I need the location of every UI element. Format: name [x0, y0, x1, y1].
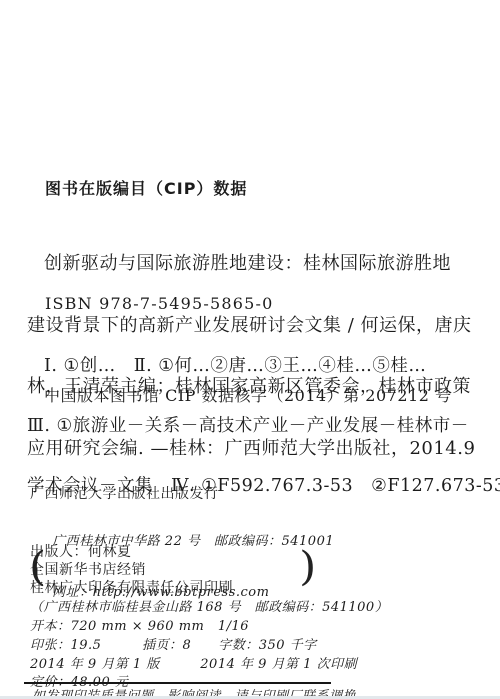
cip-record-number: 中国版本图书馆 CIP 数据核字（2014）第 207212 号 [44, 383, 451, 406]
distribution-line: 全国新华书店经销 [30, 559, 146, 579]
footer-divider [24, 682, 331, 684]
format-line: 开本：720 mm × 960 mm 1/16 [30, 615, 249, 634]
printer-address-line: （广西桂林市临桂县金山路 168 号 邮政编码：541100） [30, 596, 388, 615]
cip-index-line-2: Ⅲ. ①旅游业－关系－高技术产业－产业发展－桂林市－ [27, 416, 500, 436]
chief-editor-line: 出版人：何林夏 [30, 541, 132, 561]
edition-line: 2014 年 9 月第 1 版 2014 年 9 月第 1 次印刷 [30, 653, 357, 672]
right-parenthesis: ) [299, 550, 316, 585]
cip-copyright-page: 图书在版编目（CIP）数据 创新驱动与国际旅游胜地建设：桂林国际旅游胜地 建设背… [0, 0, 500, 699]
sheets-line: 印张：19.5 插页：8 字数：350 千字 [30, 634, 317, 653]
cip-heading: 图书在版编目（CIP）数据 [45, 176, 247, 199]
cip-index-line-1: Ⅰ. ①创… Ⅱ. ①何…②唐…③王…④桂…⑤桂… [27, 356, 500, 376]
isbn-line: ISBN 978-7-5495-5865-0 [45, 294, 274, 313]
cip-description-line-1: 创新驱动与国际旅游胜地建设：桂林国际旅游胜地 [27, 254, 475, 275]
printer-line: 桂林广大印务有限责任公司印刷 [30, 577, 233, 597]
